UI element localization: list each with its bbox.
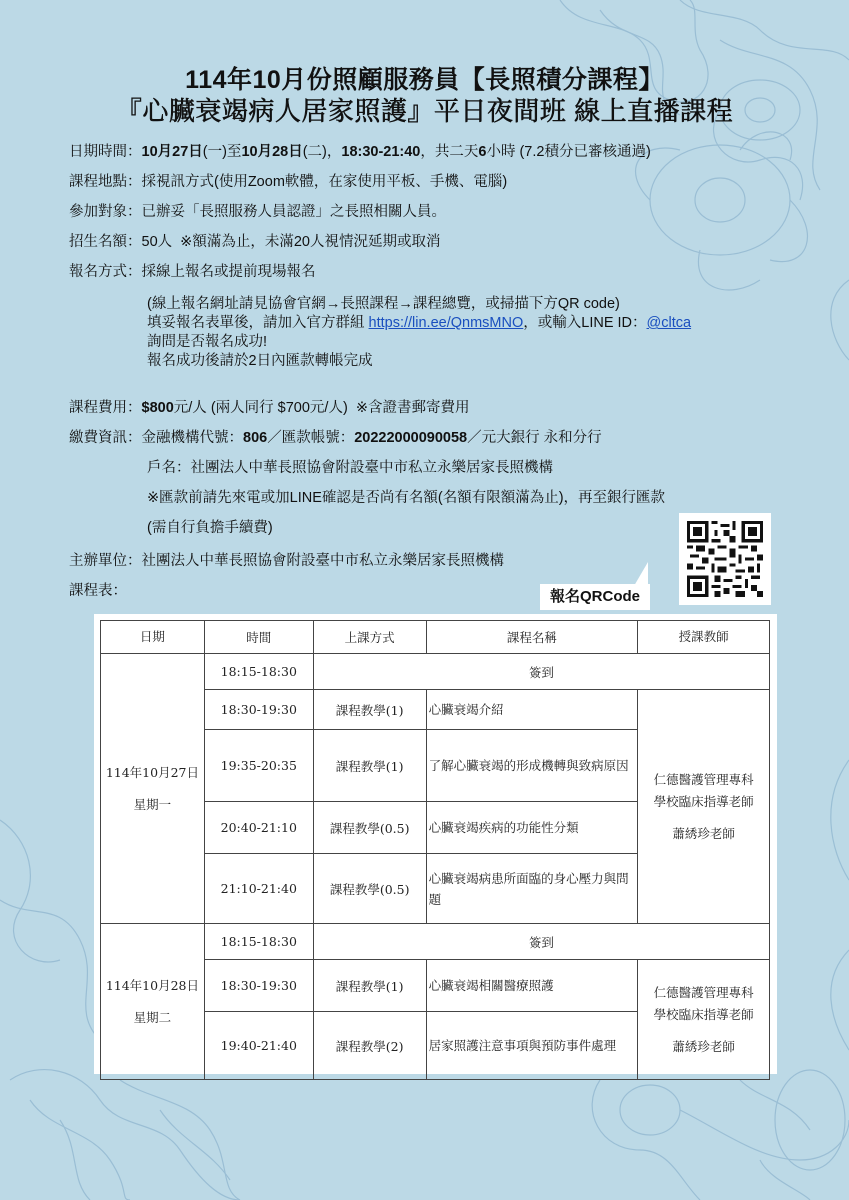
bank-account: 20222000090058 [354, 430, 467, 446]
registration-note-text: ，或輸入LINE ID： [523, 315, 646, 331]
session-title: 心臟衰竭病患所面臨的身心壓力與問題 [426, 854, 638, 924]
schedule-table: 日期 時間 上課方式 課程名稱 授課教師 114年10月27日 星期一 18:1… [100, 620, 770, 1080]
payment-note: ※匯款前請先來電或加LINE確認是否尚有名額(名額有限額滿為止)，再至銀行匯款 [147, 489, 665, 507]
session-mode: 課程教學(1) [313, 690, 426, 730]
location-value: 採視訊方式(使用Zoom軟體，在家使用平板、手機、電腦) [142, 174, 508, 190]
datetime-text: (二)， [303, 144, 342, 160]
registration-note-url: (線上報名網址請見協會官網→長照課程→課程總覽，或掃描下方QR code) [147, 295, 620, 313]
teacher-affiliation: 仁德醫護管理專科 [638, 982, 769, 1004]
schedule-table-panel: 日期 時間 上課方式 課程名稱 授課教師 114年10月27日 星期一 18:1… [94, 614, 777, 1074]
session-title: 心臟衰竭介紹 [426, 690, 638, 730]
info-audience: 參加對象：已辦妥「長照服務人員認證」之長照相關人員。 [69, 203, 446, 221]
datetime-text: ，共二天 [420, 144, 478, 160]
day1-signin-time: 18:15-18:30 [204, 654, 313, 690]
audience-value: 已辦妥「長照服務人員認證」之長照相關人員。 [142, 204, 447, 220]
teacher-affiliation: 學校臨床指導老師 [638, 1004, 769, 1026]
datetime-label: 日期時間： [69, 144, 142, 160]
payment-account-name: 戶名：社團法人中華長照協會附設臺中市私立永樂居家長照機構 [147, 459, 553, 477]
organizer-value: 社團法人中華長照協會附設臺中市私立永樂居家長照機構 [142, 553, 505, 569]
day1-signin-label: 簽到 [313, 654, 769, 690]
datetime-end-date: 10月28日 [241, 144, 302, 160]
info-quota: 招生名額：50人 ※額滿為止，未滿20人視情況延期或取消 [69, 233, 440, 251]
qr-code-icon [687, 521, 763, 597]
datetime-text: (一)至 [203, 144, 242, 160]
registration-note-confirm: 詢問是否報名成功! [147, 333, 267, 351]
day2-signin-time: 18:15-18:30 [204, 924, 313, 960]
header-course-title: 課程名稱 [426, 621, 638, 654]
teacher-name: 蕭綉珍老師 [638, 823, 769, 845]
payment-fee-note: (需自行負擔手續費) [147, 519, 273, 537]
registration-note-text: 填妥報名表單後，請加入官方群組 [147, 315, 369, 331]
header-teacher: 授課教師 [638, 621, 770, 654]
day1-date-cell: 114年10月27日 星期一 [101, 654, 205, 924]
session-time: 20:40-21:10 [204, 802, 313, 854]
quota-value: 50人 ※額滿為止，未滿20人視情況延期或取消 [142, 234, 441, 250]
table-row: 114年10月27日 星期一 18:15-18:30 簽到 [101, 654, 770, 690]
session-mode: 課程教學(0.5) [313, 854, 426, 924]
bank-code-label: 金融機構代號： [142, 430, 244, 446]
poster-title-line2: 『心臟衰竭病人居家照護』平日夜間班 線上直播課程 [0, 91, 849, 128]
session-time: 21:10-21:40 [204, 854, 313, 924]
location-label: 課程地點： [69, 174, 142, 190]
session-title: 居家照護注意事項與預防事件處理 [426, 1012, 638, 1080]
info-organizer: 主辦單位：社團法人中華長照協會附設臺中市私立永樂居家長照機構 [69, 552, 504, 570]
session-time: 19:35-20:35 [204, 730, 313, 802]
session-mode: 課程教學(1) [313, 730, 426, 802]
schedule-label: 課程表： [69, 582, 127, 600]
table-header-row: 日期 時間 上課方式 課程名稱 授課教師 [101, 621, 770, 654]
audience-label: 參加對象： [69, 204, 142, 220]
registration-note-line: 填妥報名表單後，請加入官方群組 https://lin.ee/QnmsMNO，或… [147, 314, 691, 332]
account-label: ／匯款帳號： [267, 430, 354, 446]
session-mode: 課程教學(0.5) [313, 802, 426, 854]
info-datetime: 日期時間：10月27日(一)至10月28日(二)，18:30-21:40，共二天… [69, 143, 651, 161]
payment-label: 繳費資訊： [69, 430, 142, 446]
bank-code: 806 [243, 430, 267, 446]
fee-detail: 元/人 (兩人同行 $700元/人) ※含證書郵寄費用 [174, 400, 470, 416]
day1-teacher-cell: 仁德醫護管理專科 學校臨床指導老師 蕭綉珍老師 [638, 690, 770, 924]
line-group-link[interactable]: https://lin.ee/QnmsMNO [369, 315, 524, 331]
day1-weekday: 星期一 [101, 789, 204, 821]
organizer-label: 主辦單位： [69, 553, 142, 569]
registration-note-payment: 報名成功後請於2日內匯款轉帳完成 [147, 352, 373, 370]
registration-label: 報名方式： [69, 264, 142, 280]
day2-date-cell: 114年10月28日 星期二 [101, 924, 205, 1080]
session-title: 心臟衰竭疾病的功能性分類 [426, 802, 638, 854]
day2-signin-label: 簽到 [313, 924, 769, 960]
day2-weekday: 星期二 [101, 1002, 204, 1034]
session-title: 了解心臟衰竭的形成機轉與致病原因 [426, 730, 638, 802]
fee-price: $800 [142, 400, 174, 416]
teacher-affiliation: 學校臨床指導老師 [638, 791, 769, 813]
datetime-hours: 18:30-21:40 [341, 144, 420, 160]
info-payment: 繳費資訊：金融機構代號：806／匯款帳號：20222000090058／元大銀行… [69, 429, 602, 447]
bank-name: ／元大銀行 永和分行 [467, 430, 602, 446]
quota-label: 招生名額： [69, 234, 142, 250]
session-time: 18:30-19:30 [204, 960, 313, 1012]
qr-code-label: 報名QRCode [540, 584, 650, 610]
header-time: 時間 [204, 621, 313, 654]
teacher-name: 蕭綉珍老師 [638, 1036, 769, 1058]
session-mode: 課程教學(2) [313, 1012, 426, 1080]
session-mode: 課程教學(1) [313, 960, 426, 1012]
info-location: 課程地點：採視訊方式(使用Zoom軟體，在家使用平板、手機、電腦) [69, 173, 507, 191]
info-fee: 課程費用：$800元/人 (兩人同行 $700元/人) ※含證書郵寄費用 [69, 399, 470, 417]
fee-label: 課程費用： [69, 400, 142, 416]
day1-date: 114年10月27日 [101, 757, 204, 789]
line-id-link[interactable]: @cltca [647, 315, 692, 331]
header-date: 日期 [101, 621, 205, 654]
teacher-affiliation: 仁德醫護管理專科 [638, 769, 769, 791]
day2-date: 114年10月28日 [101, 970, 204, 1002]
session-time: 19:40-21:40 [204, 1012, 313, 1080]
session-time: 18:30-19:30 [204, 690, 313, 730]
day2-teacher-cell: 仁德醫護管理專科 學校臨床指導老師 蕭綉珍老師 [638, 960, 770, 1080]
table-row: 114年10月28日 星期二 18:15-18:30 簽到 [101, 924, 770, 960]
info-registration: 報名方式：採線上報名或提前現場報名 [69, 263, 316, 281]
registration-qr-code[interactable] [679, 513, 771, 605]
registration-value: 採線上報名或提前現場報名 [142, 264, 316, 280]
header-mode: 上課方式 [313, 621, 426, 654]
datetime-start-date: 10月27日 [142, 144, 203, 160]
datetime-credits: 小時 (7.2積分已審核通過) [486, 144, 650, 160]
session-title: 心臟衰竭相關醫療照護 [426, 960, 638, 1012]
